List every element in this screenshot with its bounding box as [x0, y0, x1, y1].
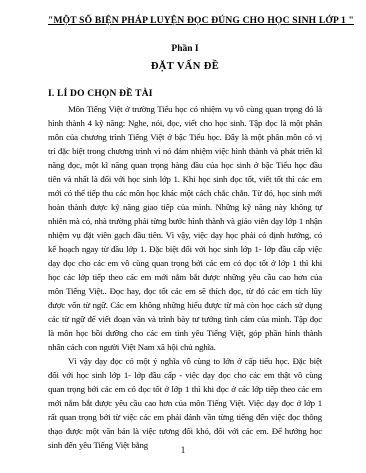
page-number: 1	[0, 445, 366, 456]
document-page: "MỘT SỐ BIỆN PHÁP LUYỆN ĐỌC ĐÚNG CHO HỌC…	[0, 0, 366, 473]
part-label: Phần I	[48, 43, 322, 55]
paragraph-reason-2: Vì vậy dạy đọc có một ý nghĩa vô cùng to…	[48, 354, 322, 452]
document-title: "MỘT SỐ BIỆN PHÁP LUYỆN ĐỌC ĐÚNG CHO HỌC…	[48, 15, 322, 27]
section-heading: I. LÍ DO CHỌN ĐỀ TÀI	[48, 88, 322, 100]
part-title: ĐẶT VẤN ĐỀ	[48, 60, 322, 73]
paragraph-reason-1: Môn Tiếng Việt ở trường Tiểu học có nhiệ…	[48, 102, 322, 354]
